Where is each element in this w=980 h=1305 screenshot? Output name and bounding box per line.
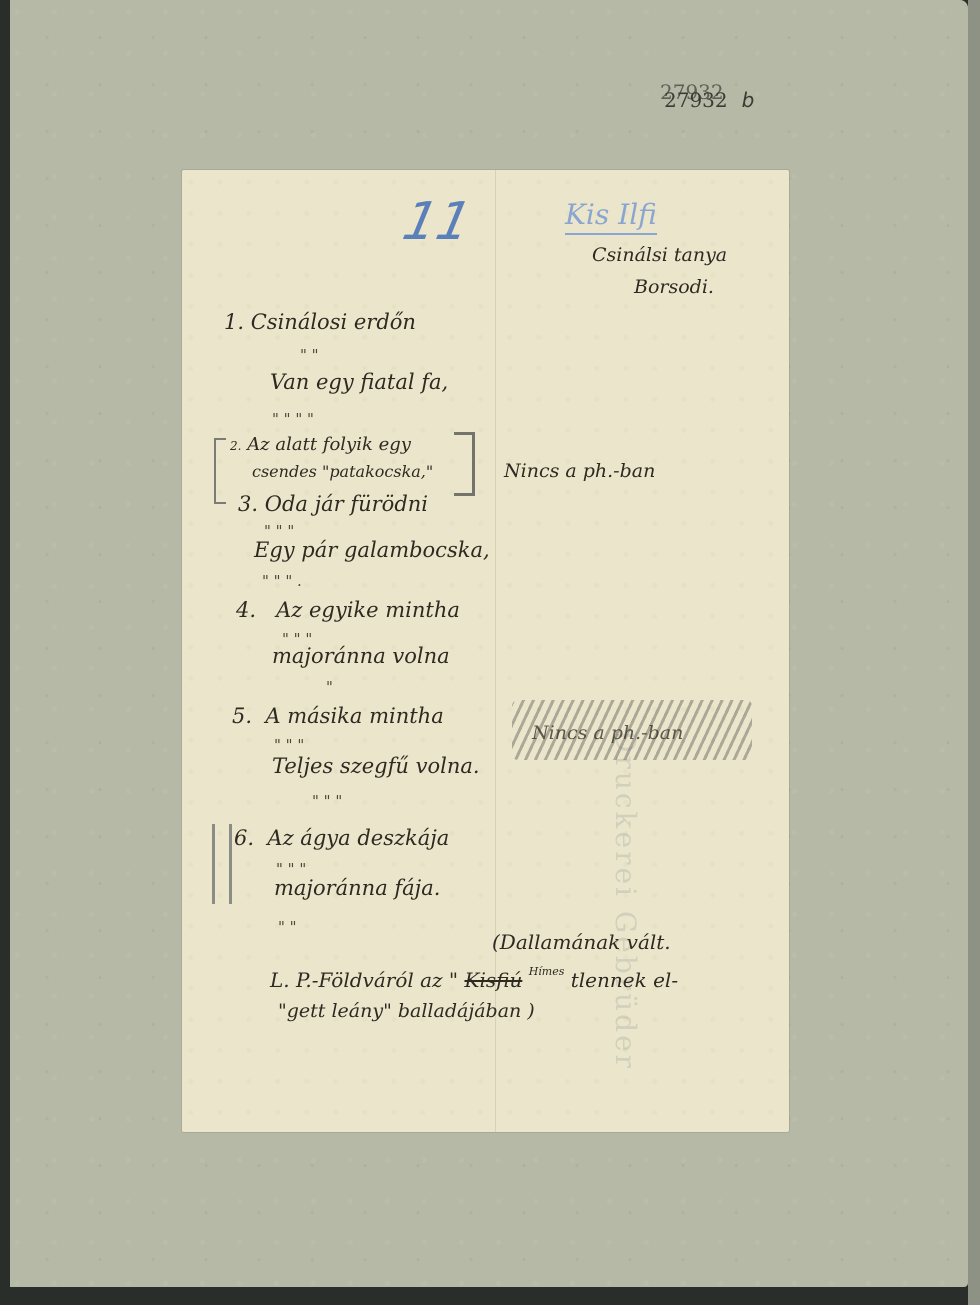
manuscript-card: Druckerei Gebrüder 11 Kis Ilfi Csinálsi … — [182, 170, 789, 1132]
verse-number: 5. — [232, 704, 252, 728]
verse-text: Oda jár fürödni — [265, 492, 428, 516]
ditto-marks: " " " — [274, 736, 304, 754]
footer-text-b: tlennek el- — [571, 968, 678, 992]
ditto-marks: " " " " — [272, 410, 314, 428]
footer-text-a: L. P.-Földváról az " — [270, 968, 458, 992]
location-line-2: Borsodi. — [634, 276, 714, 298]
verse-text: Csinálosi erdőn — [251, 310, 416, 334]
ditto-marks: " " — [278, 918, 297, 936]
verse-line: Van egy fiatal fa, — [270, 370, 448, 394]
verse-line: majoránna volna — [272, 644, 450, 668]
verse-number: 4. — [236, 598, 256, 622]
verse-line: 2. Az alatt folyik egy — [230, 434, 411, 455]
verse-line: csendes "patakocska," — [252, 462, 433, 481]
verse-line: Egy pár galambocska, — [254, 538, 490, 562]
verse-number: 1. — [224, 310, 244, 334]
show-through-print: Druckerei Gebrüder — [609, 730, 642, 1071]
item-number: 11 — [398, 192, 477, 252]
location-line-1: Csinálsi tanya — [592, 244, 727, 266]
verse-line: Teljes szegfű volna. — [272, 754, 480, 778]
inserted-word: Hímes — [529, 965, 565, 978]
ditto-marks: " " " — [312, 792, 342, 810]
archive-stamp-number: 2793227932b — [664, 88, 754, 112]
crossed-out-note: Nincs a ph.-ban — [532, 722, 683, 744]
verse-line: 3. Oda jár fürödni — [238, 492, 428, 516]
struck-word: Kisfiú — [465, 968, 523, 992]
verse-text: A másika mintha — [265, 704, 443, 728]
verse-line: 4. Az egyike mintha — [236, 598, 460, 622]
verse-text: Az ágya deszkája — [267, 826, 449, 850]
footer-line-1: L. P.-Földváról az " Kisfiú Hímes tlenne… — [270, 968, 678, 992]
verse-line: 1. Csinálosi erdőn — [224, 310, 416, 334]
ditto-marks: " — [326, 678, 333, 696]
verse-number: 3. — [238, 492, 258, 516]
pencil-bracket-right — [454, 432, 475, 496]
singer-name: Kis Ilfi — [565, 198, 657, 235]
missing-note: Nincs a ph.-ban — [504, 460, 655, 482]
stamp-number-double-print: 27932 — [660, 80, 724, 104]
footer-paren-note: (Dallamának vált. — [492, 930, 671, 954]
verse-line: majoránna fája. — [274, 876, 440, 900]
ditto-marks: " " — [300, 346, 319, 364]
verse-text: Az egyike mintha — [276, 598, 460, 622]
pencil-margin-bars — [212, 824, 232, 904]
mount-edge-shadow — [968, 0, 980, 1305]
footer-line-2: "gett leány" balladájában ) — [278, 1000, 535, 1022]
ditto-marks: " " " . — [262, 572, 302, 590]
verse-line: 6. Az ágya deszkája — [234, 826, 449, 850]
verse-number: 2. — [230, 439, 241, 453]
verse-number: 6. — [234, 826, 254, 850]
stamp-suffix: b — [742, 88, 755, 112]
pencil-bracket-left — [214, 438, 226, 504]
verse-line: 5. A másika mintha — [232, 704, 444, 728]
verse-text: Az alatt folyik egy — [247, 434, 411, 455]
